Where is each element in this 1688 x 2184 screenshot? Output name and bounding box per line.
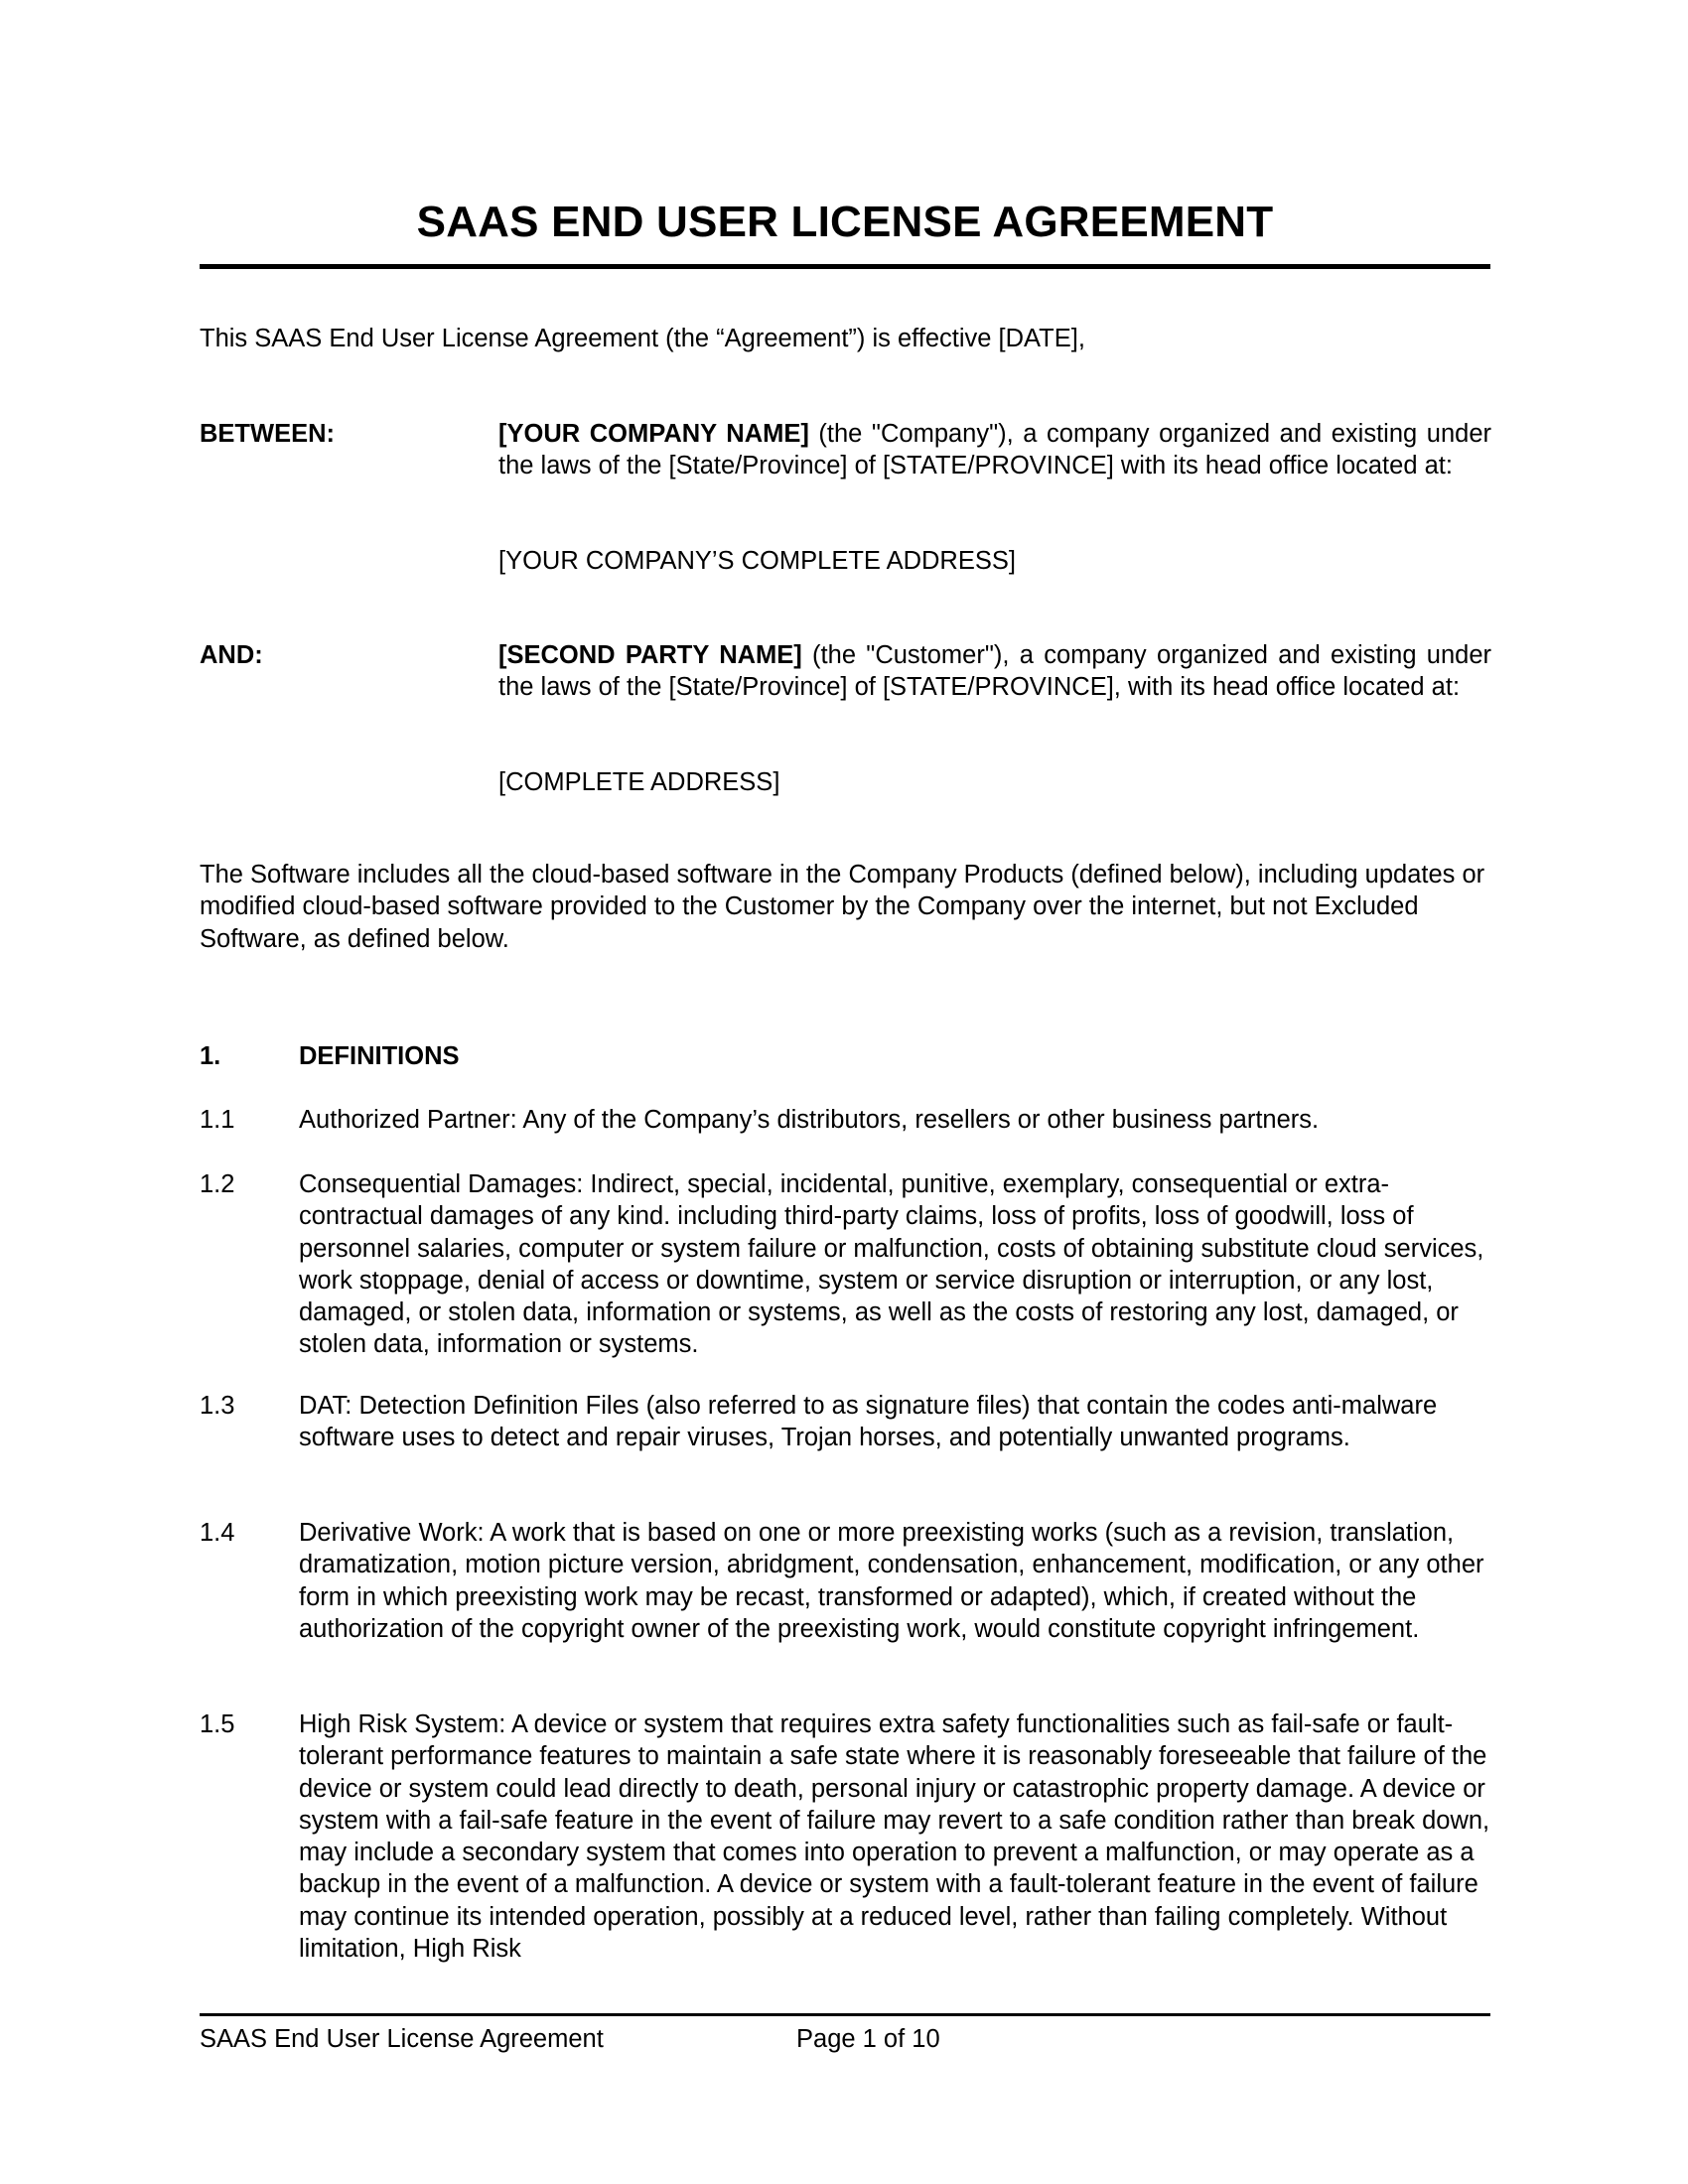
footer-divider <box>200 2013 1490 2016</box>
section-heading: DEFINITIONS <box>299 1040 1492 1072</box>
definition-text: High Risk System: A device or system tha… <box>299 1708 1492 1965</box>
party-label-between: BETWEEN: <box>200 418 335 450</box>
definition-number: 1.1 <box>200 1104 234 1136</box>
definition-text: Derivative Work: A work that is based on… <box>299 1517 1492 1645</box>
definition-text: DAT: Detection Definition Files (also re… <box>299 1390 1492 1454</box>
software-paragraph: The Software includes all the cloud-base… <box>200 859 1490 955</box>
footer-document-title: SAAS End User License Agreement <box>200 2023 604 2055</box>
definition-number: 1.3 <box>200 1390 234 1422</box>
party-description-company: [YOUR COMPANY NAME] (the "Company"), a c… <box>498 418 1491 482</box>
definition-number: 1.5 <box>200 1708 234 1740</box>
definition-text: Authorized Partner: Any of the Company’s… <box>299 1104 1492 1136</box>
party-address-company: [YOUR COMPANY’S COMPLETE ADDRESS] <box>498 545 1491 577</box>
party-name-customer: [SECOND PARTY NAME] <box>498 641 802 669</box>
definition-number: 1.4 <box>200 1517 234 1549</box>
party-description-customer: [SECOND PARTY NAME] (the "Customer"), a … <box>498 639 1491 704</box>
party-label-and: AND: <box>200 639 263 671</box>
document-page: SAAS END USER LICENSE AGREEMENT This SAA… <box>0 0 1688 2184</box>
footer-page-number: Page 1 of 10 <box>796 2023 940 2055</box>
definition-text: Consequential Damages: Indirect, special… <box>299 1168 1492 1361</box>
title-divider <box>200 264 1490 269</box>
definition-number: 1.2 <box>200 1168 234 1200</box>
document-title: SAAS END USER LICENSE AGREEMENT <box>200 197 1490 248</box>
party-name-company: [YOUR COMPANY NAME] <box>498 420 809 448</box>
party-address-customer: [COMPLETE ADDRESS] <box>498 766 1491 798</box>
intro-paragraph: This SAAS End User License Agreement (th… <box>200 323 1085 354</box>
section-number: 1. <box>200 1040 220 1072</box>
